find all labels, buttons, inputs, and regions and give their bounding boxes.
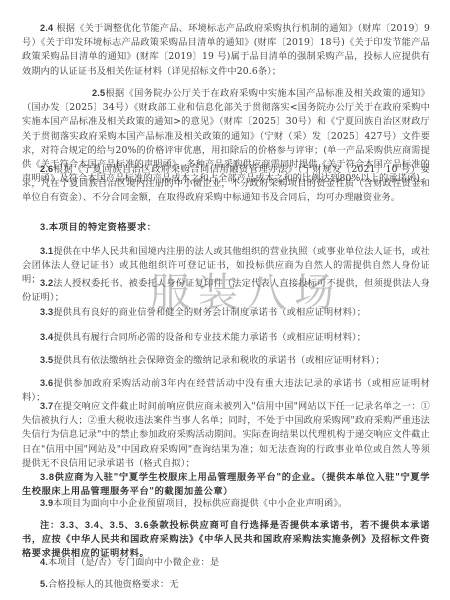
paragraph-4: 4.本项目（是/否）专门面向中小微企业：是: [22, 555, 430, 570]
document-page: 2.4 根据《关于调整优化节能产品、环境标志产品政府采购执行机制的通知》（财库〔…: [0, 0, 450, 600]
paragraph-5: 5.合格投标人的其他资格要求：无: [22, 577, 430, 592]
paragraph-3-2: 3.2法人授权委托书、被委托人身份证复印件（法定代表人直接投标可不提供，但须提供…: [22, 276, 430, 305]
paragraph-3-3: 3.3提供具有良好的商业信誉和健全的财务会计制度承诺书（或相应证明材料）；: [22, 305, 430, 320]
paragraph-3-4: 3.4提供具有履行合同所必需的设备和专业技术能力承诺书（或相应证明材料）；: [22, 330, 430, 345]
paragraph-3-5: 3.5提供具有依法缴纳社会保障资金的缴纳记录和税收的承诺书（或相应证明材料）；: [22, 353, 430, 368]
paragraph-2-4: 2.4 根据《关于调整优化节能产品、环境标志产品政府采购执行机制的通知》（财库〔…: [22, 21, 430, 79]
paragraph-3-8: 3.8供应商为入驻"宁夏学生校服床上用品管理服务平台"的企业。（提供本单位入驻"…: [22, 470, 430, 499]
paragraph-3-9: 3.9本项目为面向中小企业预留项目，投标供应商提供《中小企业声明函》。: [22, 496, 430, 511]
section-3-heading: 3.本项目的特定资格要求：: [22, 220, 430, 235]
paragraph-2-6: 2.6根据《宁夏回族自治区政府采购合同信用融资管理办法》（宁财规发〔2021〕1…: [22, 162, 430, 206]
paragraph-3-7: 3.7在提交响应文件截止时间前响应供应商未被列入"信用中国"网站以下任一记录名单…: [22, 399, 430, 471]
